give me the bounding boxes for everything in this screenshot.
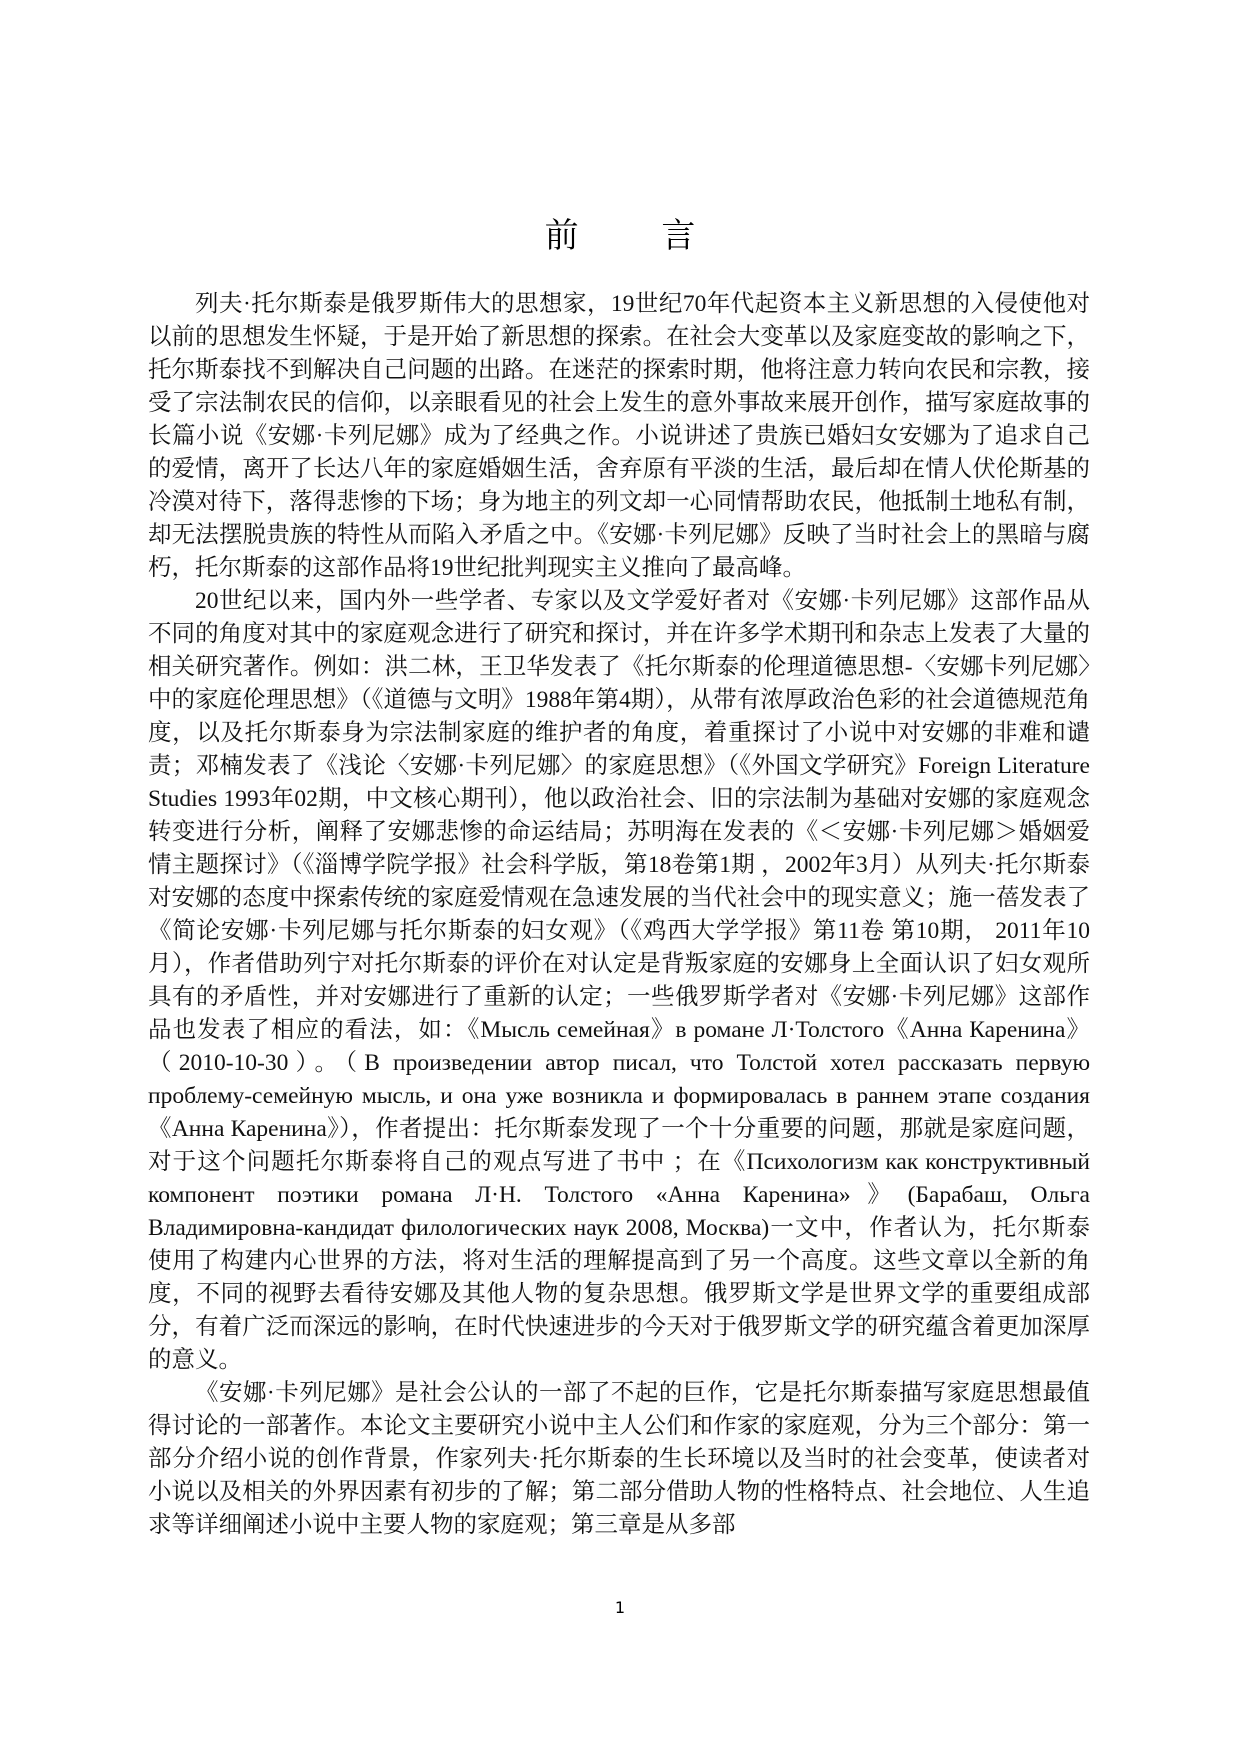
page-title: 前 言 <box>0 208 1240 257</box>
paragraph-2: 20世纪以来，国内外一些学者、专家以及文学爱好者对《安娜·卡列尼娜》这部作品从不… <box>148 585 1090 1377</box>
paragraph-3: 《安娜·卡列尼娜》是社会公认的一部了不起的巨作，它是托尔斯泰描写家庭思想最值得讨… <box>148 1377 1090 1542</box>
paragraph-1: 列夫·托尔斯泰是俄罗斯伟大的思想家，19世纪70年代起资本主义新思想的入侵使他对… <box>148 288 1090 585</box>
body-text: 列夫·托尔斯泰是俄罗斯伟大的思想家，19世纪70年代起资本主义新思想的入侵使他对… <box>148 288 1090 1542</box>
page-number: 1 <box>0 1598 1240 1617</box>
document-page: 前 言 列夫·托尔斯泰是俄罗斯伟大的思想家，19世纪70年代起资本主义新思想的入… <box>0 0 1240 1754</box>
